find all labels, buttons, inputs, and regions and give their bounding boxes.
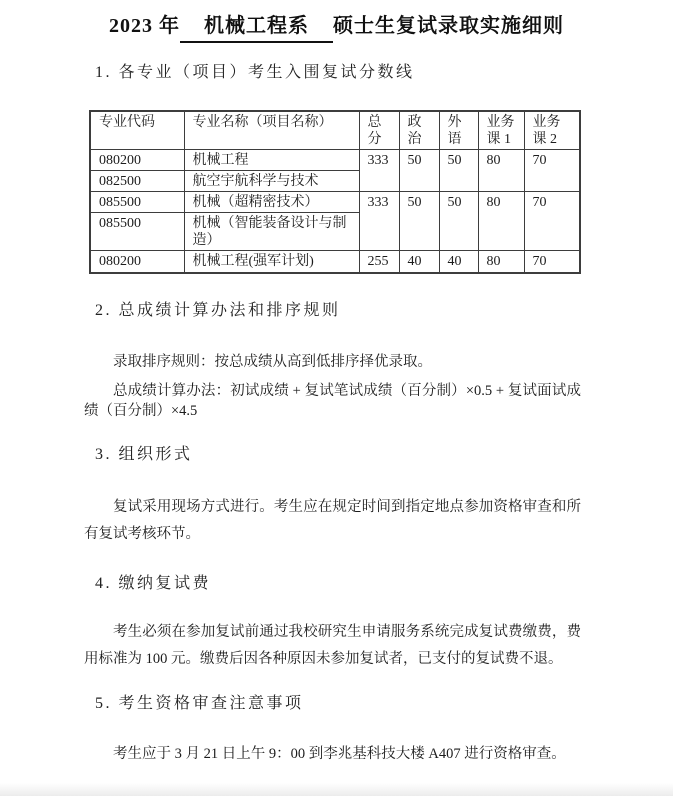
table-header-row: 专业代码 专业名称（项目名称） 总分 政 治 外 语 业务 课 1 业务 课 2 [90,111,580,150]
cell-total: 255 [359,251,399,274]
table-row: 080200 机械工程 333 50 50 80 70 [90,150,580,171]
score-formula-paragraph: 总成绩计算办法：初试成绩 + 复试笔试成绩（百分制）×0.5 + 复试面试成绩（… [84,382,581,421]
organization-paragraph: 复试采用现场方式进行。考生应在规定时间到指定地点参加资格审查和所有复试考核环节。 [84,494,581,547]
header-course-2: 业务 课 2 [524,111,580,150]
cell-course2: 70 [524,192,580,251]
header-major-name: 专业名称（项目名称） [184,111,359,150]
section-3-heading: 3. 组织形式 [95,444,193,466]
qualification-check-paragraph: 考生应于 3 月 21 日上午 9：00 到李兆基科技大楼 A407 进行资格审… [84,744,581,764]
cell-name: 机械（智能装备设计与制造） [184,213,359,251]
cell-foreign: 50 [439,150,478,192]
section-1-heading: 1. 各专业（项目）考生入围复试分数线 [95,62,415,84]
header-politics: 政 治 [399,111,439,150]
table-row: 080200 机械工程(强军计划) 255 40 40 80 70 [90,251,580,274]
score-table: 专业代码 专业名称（项目名称） 总分 政 治 外 语 业务 课 1 业务 课 2… [89,110,581,274]
cell-code: 080200 [90,251,184,274]
table-row: 085500 机械（超精密技术） 333 50 50 80 70 [90,192,580,213]
section-5-heading: 5. 考生资格审查注意事项 [95,693,304,715]
section-2-heading: 2. 总成绩计算办法和排序规则 [95,300,341,322]
cell-name: 机械工程 [184,150,359,171]
cell-total: 333 [359,150,399,192]
cell-course1: 80 [478,192,524,251]
header-foreign-language: 外 语 [439,111,478,150]
title-suffix: 硕士生复试录取实施细则 [333,15,564,37]
cell-politics: 50 [399,150,439,192]
cell-code: 085500 [90,192,184,213]
cell-code: 080200 [90,150,184,171]
cell-total: 333 [359,192,399,251]
page-bottom-shadow [0,783,673,796]
ranking-rule-paragraph: 录取排序规则：按总成绩从高到低排序择优录取。 [84,352,581,372]
cell-politics: 50 [399,192,439,251]
cell-course1: 80 [478,251,524,274]
cell-name: 航空宇航科学与技术 [184,171,359,192]
section-4-heading: 4. 缴纳复试费 [95,573,211,595]
cell-politics: 40 [399,251,439,274]
title-department-underlined: 机械工程系 [180,12,333,43]
cell-name: 机械工程(强军计划) [184,251,359,274]
title-year: 2023 年 [109,15,180,37]
cell-course1: 80 [478,150,524,192]
fee-paragraph: 考生必须在参加复试前通过我校研究生申请服务系统完成复试费缴费，费用标准为 100… [84,619,581,672]
header-course-1: 业务 课 1 [478,111,524,150]
cell-code: 085500 [90,213,184,251]
cell-name: 机械（超精密技术） [184,192,359,213]
header-total: 总分 [359,111,399,150]
cell-code: 082500 [90,171,184,192]
document-page: 2023 年机械工程系硕士生复试录取实施细则 1. 各专业（项目）考生入围复试分… [0,0,673,796]
document-title: 2023 年机械工程系硕士生复试录取实施细则 [0,12,673,43]
cell-foreign: 40 [439,251,478,274]
header-major-code: 专业代码 [90,111,184,150]
cell-course2: 70 [524,251,580,274]
cell-foreign: 50 [439,192,478,251]
cell-course2: 70 [524,150,580,192]
